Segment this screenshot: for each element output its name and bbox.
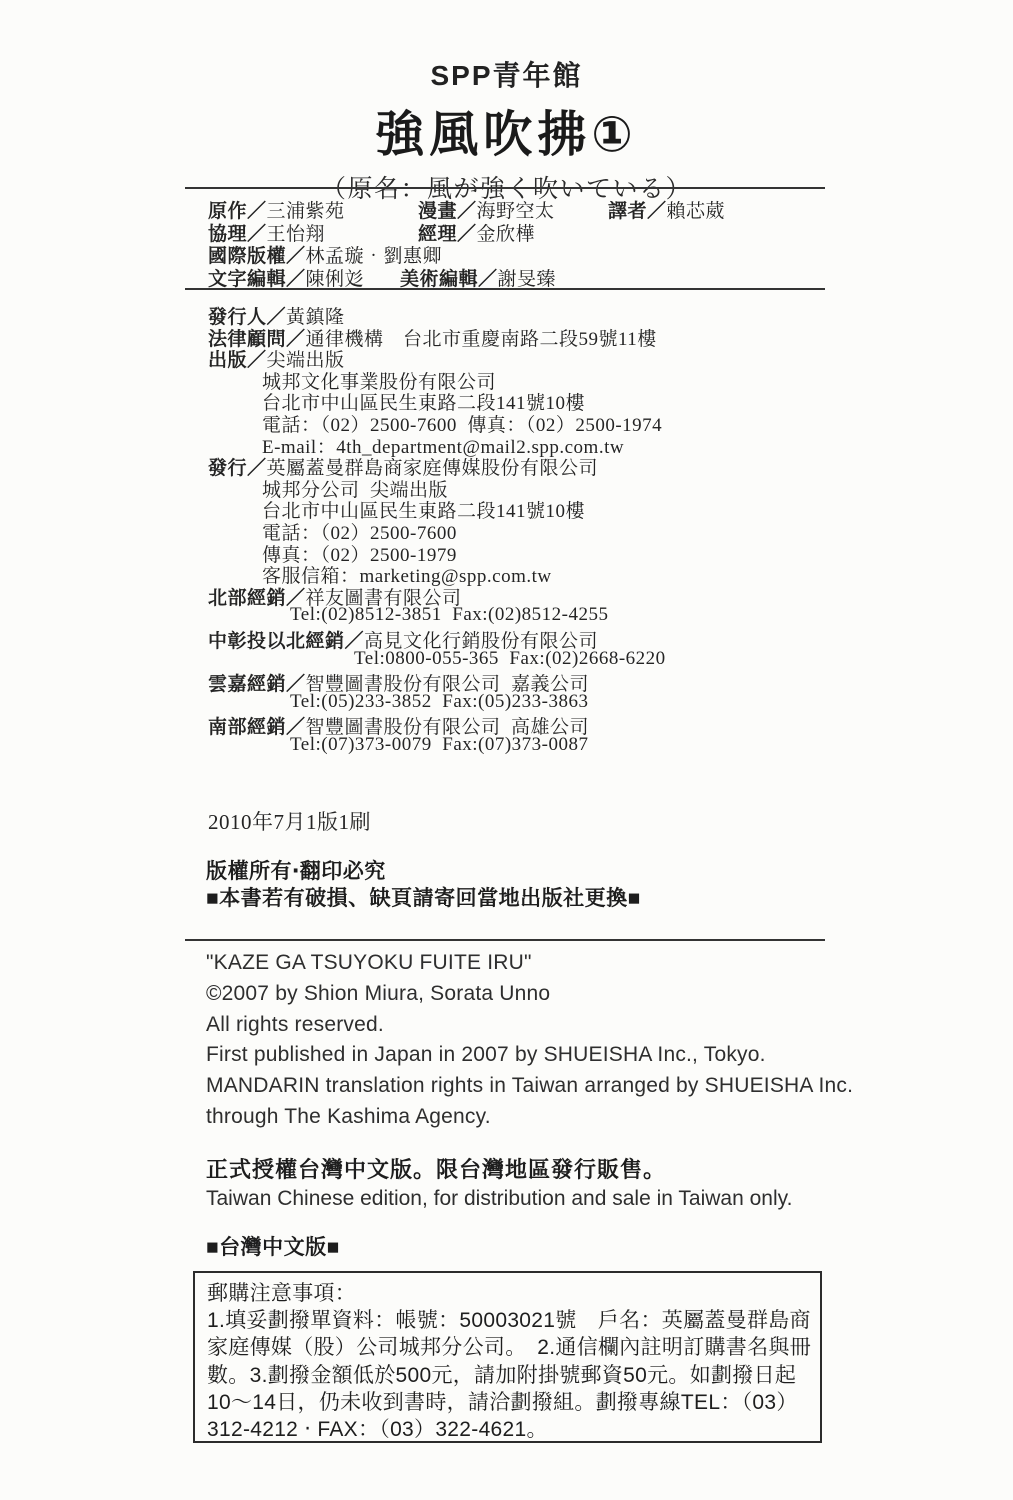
authorization-statement-en: Taiwan Chinese edition, for distribution… (206, 1187, 792, 1211)
publishing-line: Tel:(05)233-3852 Fax:(05)233-3863 (208, 691, 868, 713)
english-copyright-line: MANDARIN translation rights in Taiwan ar… (206, 1071, 853, 1102)
publishing-line: 雲嘉經銷／智豐圖書股份有限公司 嘉義公司 (208, 669, 868, 691)
book-title: 強風吹拂① (0, 96, 1013, 166)
credits-row: 原作／三浦紫苑 漫畫／海野空太 譯者／賴芯葳 (208, 196, 858, 219)
credits-row: 國際版權／林孟璇‧劉惠卿 (208, 241, 858, 264)
publishing-line: 客服信箱：marketing@spp.com.tw (208, 561, 868, 583)
credits-row: 協理／王怡翔 經理／金欣樺 (208, 219, 858, 242)
publishing-block: 發行人／黃鎮隆 法律顧問／通律機構 台北市重慶南路二段59號11樓 出版／尖端出… (208, 302, 868, 755)
mail-order-box: 郵購注意事項： 1.填妥劃撥單資料：帳號：50003021號 戶名：英屬蓋曼群島… (193, 1271, 822, 1443)
credits-row: 文字編輯／陳俐彣 美術編輯／謝旻臻 (208, 264, 858, 287)
publishing-line: 台北市中山區民生東路二段141號10樓 (208, 388, 868, 410)
english-copyright-line: First published in Japan in 2007 by SHUE… (206, 1040, 853, 1071)
publishing-label: 發行／ (208, 458, 267, 479)
mail-order-title: 郵購注意事項： (207, 1280, 812, 1307)
publishing-line: 中彰投以北經銷／高見文化行銷股份有限公司 (208, 626, 868, 648)
credit-label: 文字編輯／ (208, 269, 306, 290)
publishing-value: Tel:(05)233-3852 Fax:(05)233-3863 (290, 691, 589, 712)
imprint-label: SPP青年館 (0, 54, 1013, 94)
colophon-page: SPP青年館 強風吹拂① （原名：風が強く吹いている） 原作／三浦紫苑 漫畫／海… (0, 0, 1013, 1500)
english-copyright-block: "KAZE GA TSUYOKU FUITE IRU" ©2007 by Shi… (206, 948, 853, 1133)
publishing-line: 電話：（02）2500-7600 傳真：（02）2500-1974 (208, 410, 868, 432)
publishing-line: E-mail：4th_department@mail2.spp.com.tw (208, 432, 868, 454)
authorization-statement-zh: 正式授權台灣中文版。限台灣地區發行販售。 (206, 1153, 666, 1184)
credit-item: 美術編輯／謝旻臻 (400, 264, 556, 291)
credits-block: 原作／三浦紫苑 漫畫／海野空太 譯者／賴芯葳 協理／王怡翔 經理／金欣樺 國際版… (208, 196, 858, 286)
publishing-line: 南部經銷／智豐圖書股份有限公司 高雄公司 (208, 712, 868, 734)
credit-value: 謝旻臻 (498, 269, 557, 290)
title-block: SPP青年館 強風吹拂① （原名：風が強く吹いている） (0, 54, 1013, 205)
taiwan-edition-mark: ■台灣中文版■ (206, 1231, 340, 1261)
publishing-line: 法律顧問／通律機構 台北市重慶南路二段59號11樓 (208, 324, 868, 346)
credit-value: 陳俐彣 (306, 269, 365, 290)
english-copyright-line: All rights reserved. (206, 1010, 853, 1041)
publishing-line: Tel:(07)373-0079 Fax:(07)373-0087 (208, 734, 868, 756)
mail-order-line: 1.填妥劃撥單資料：帳號：50003021號 戶名：英屬蓋曼群島商 (207, 1307, 812, 1334)
credit-label: 美術編輯／ (400, 269, 498, 290)
mail-order-line: 10～14日，仍未收到書時，請洽劃撥組。劃撥專線TEL：（03） (207, 1389, 812, 1416)
publishing-value: Tel:(07)373-0079 Fax:(07)373-0087 (290, 734, 589, 755)
english-copyright-line: "KAZE GA TSUYOKU FUITE IRU" (206, 948, 853, 979)
publishing-line: 發行／英屬蓋曼群島商家庭傳媒股份有限公司 (208, 453, 868, 475)
publishing-line: 台北市中山區民生東路二段141號10樓 (208, 496, 868, 518)
publishing-label: 中彰投以北經銷／ (208, 631, 364, 652)
publishing-value: Tel:0800-055-365 Fax:(02)2668-6220 (354, 648, 666, 669)
copyright-notice: 版權所有‧翻印必究 ■本書若有破損、缺頁請寄回當地出版社更換■ (206, 858, 641, 912)
mail-order-line: 數。3.劃撥金額低於500元，請加附掛號郵資50元。如劃撥日起 (207, 1362, 812, 1389)
mail-order-line: 312-4212 ‧ FAX：（03）322-4621。 (207, 1416, 812, 1443)
section-divider-copyright (185, 939, 825, 941)
edition-date: 2010年7月1版1刷 (208, 806, 371, 836)
english-copyright-line: through The Kashima Agency. (206, 1102, 853, 1133)
section-divider-credits (185, 288, 825, 290)
publishing-line: 發行人／黃鎮隆 (208, 302, 868, 324)
damage-return-notice: ■本書若有破損、缺頁請寄回當地出版社更換■ (206, 885, 641, 912)
publishing-value: Tel:(02)8512-3851 Fax:(02)8512-4255 (290, 604, 609, 625)
section-divider-top (185, 187, 825, 189)
publishing-line: 傳真：（02）2500-1979 (208, 540, 868, 562)
publishing-line: 城邦文化事業股份有限公司 (208, 367, 868, 389)
mail-order-line: 家庭傳媒（股）公司城邦分公司。 2.通信欄內註明訂購書名與冊 (207, 1334, 812, 1361)
english-copyright-line: ©2007 by Shion Miura, Sorata Unno (206, 979, 853, 1010)
publishing-label: 出版／ (208, 350, 267, 371)
publishing-value: 通律機構 台北市重慶南路二段59號11樓 (306, 329, 657, 350)
copyright-line: 版權所有‧翻印必究 (206, 858, 641, 885)
publishing-line: Tel:(02)8512-3851 Fax:(02)8512-4255 (208, 604, 868, 626)
credit-item: 文字編輯／陳俐彣 (208, 264, 364, 291)
